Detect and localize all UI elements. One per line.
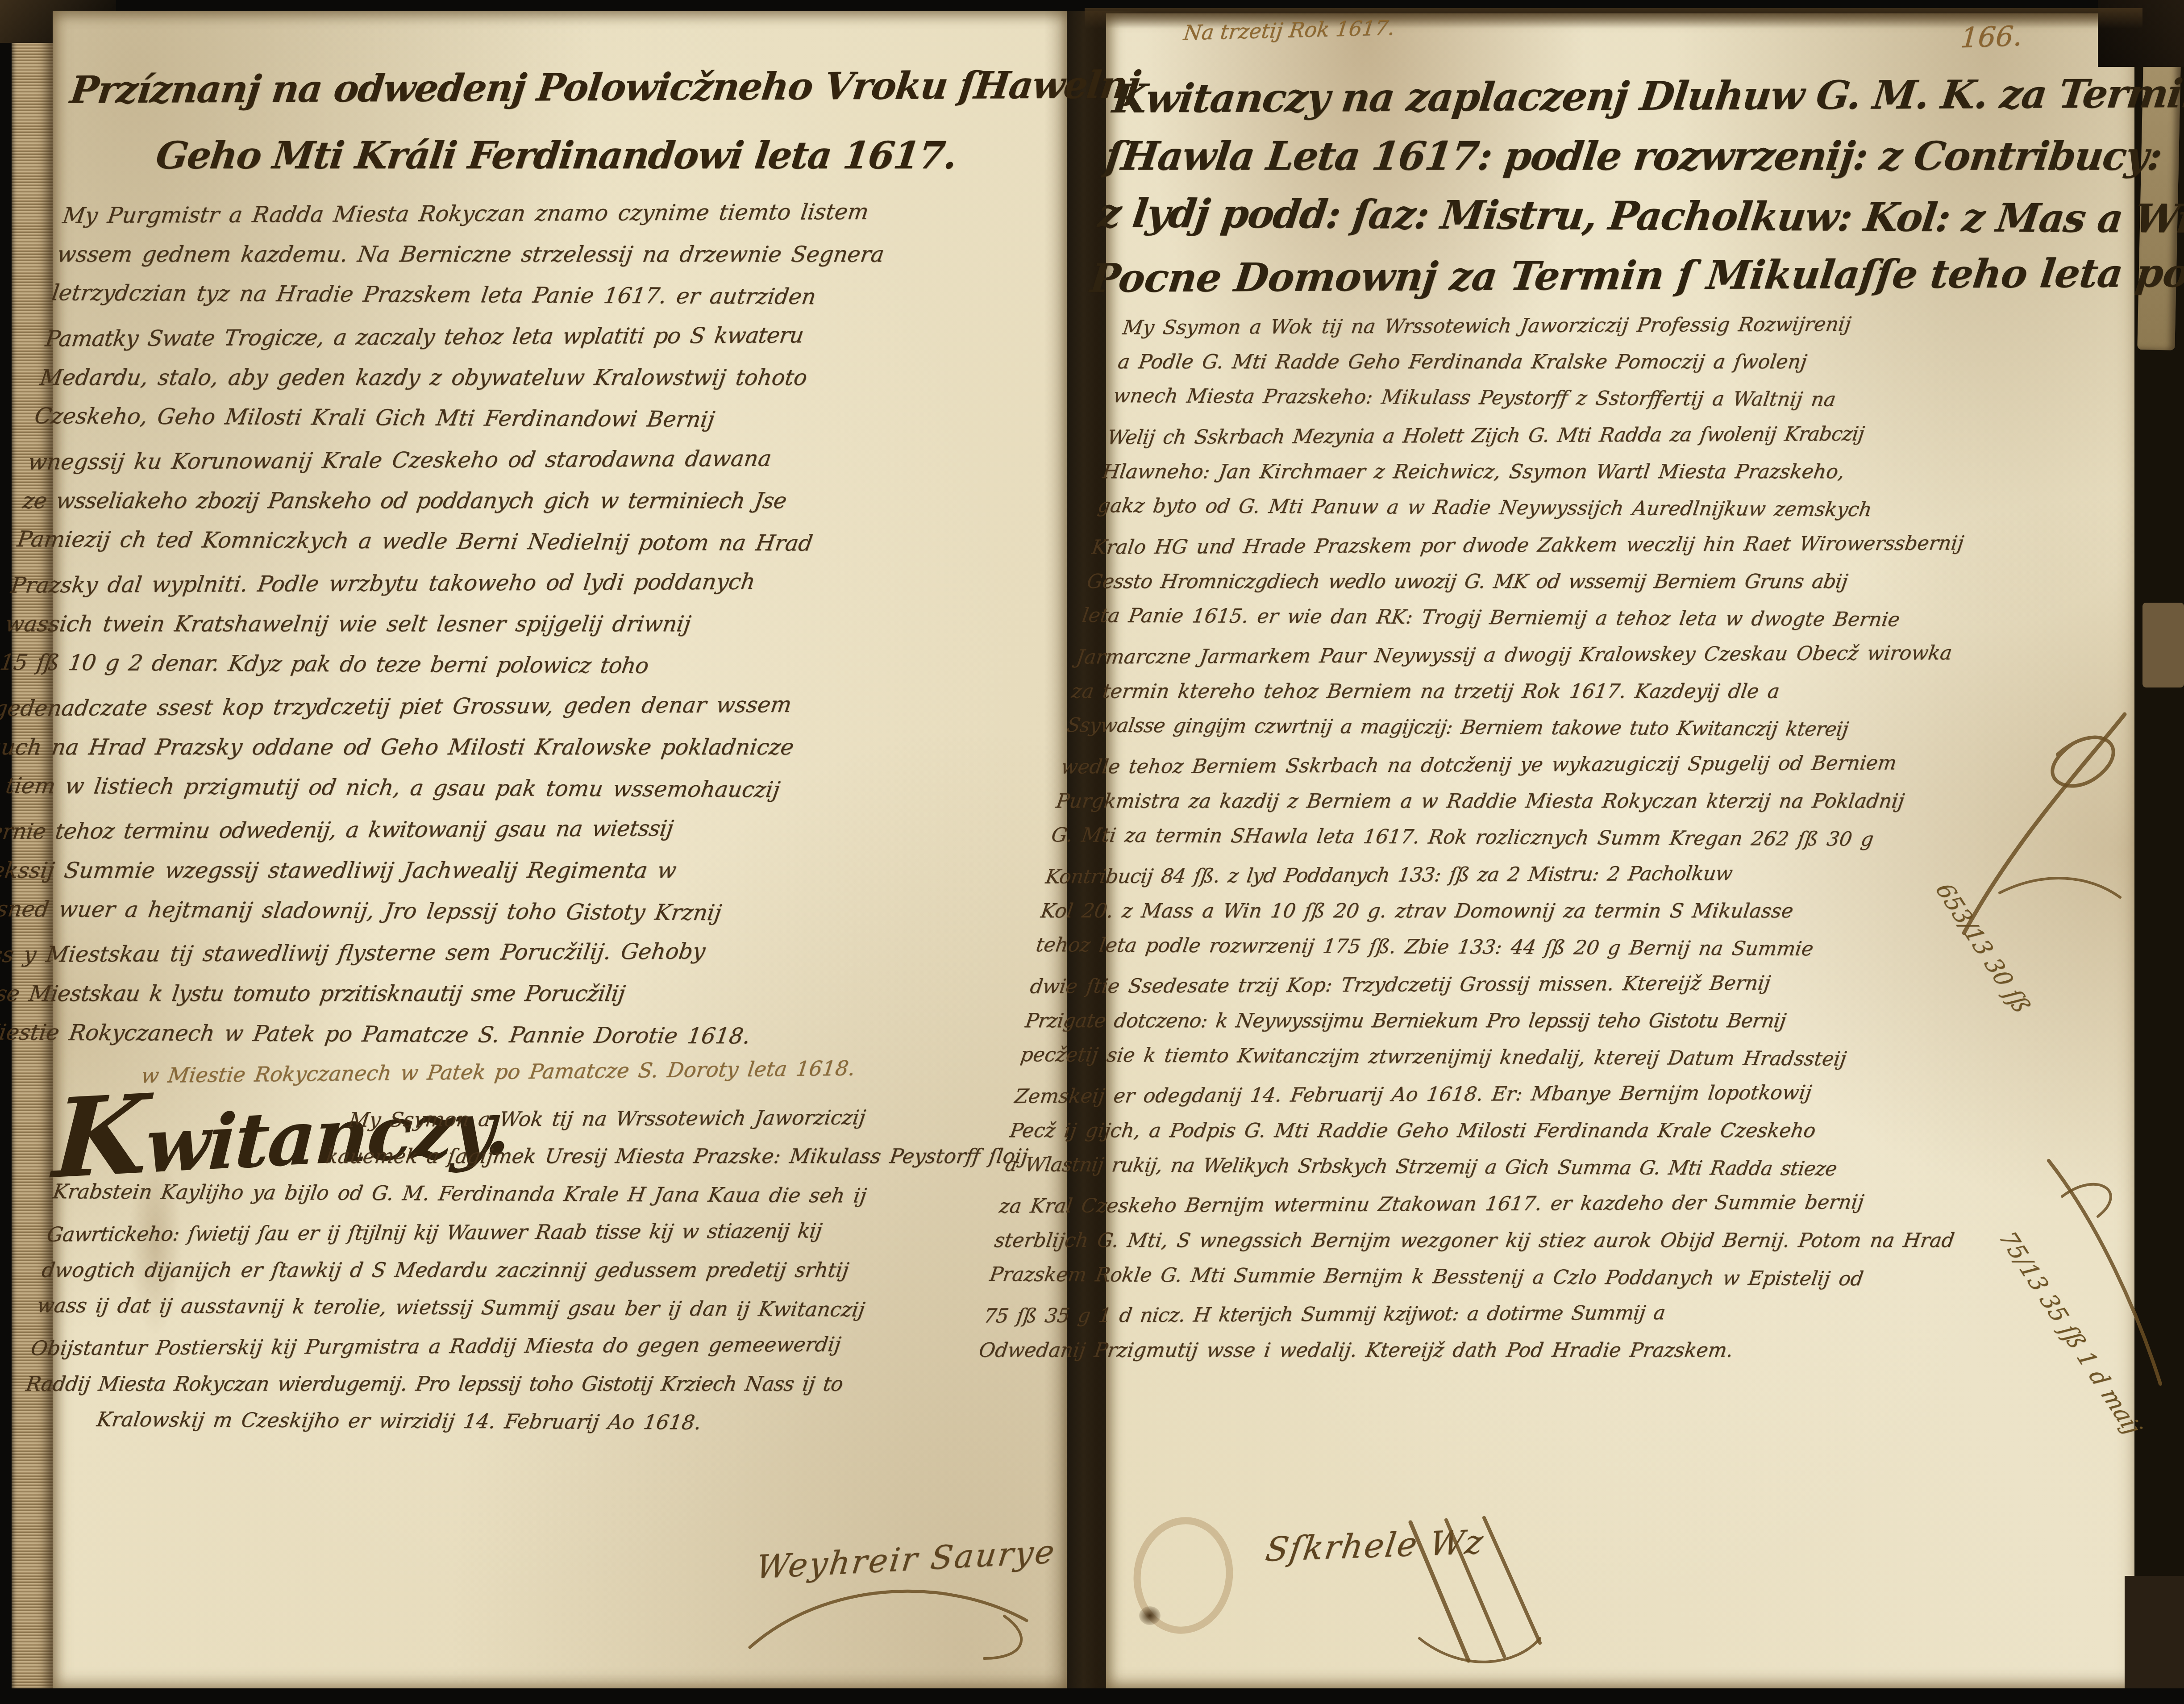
manuscript-line: G. Mti za termin SHawla leta 1617. Rok r… [1049,817,2076,859]
manuscript-line: Kralo HG und Hrade Prazskem por dwode Za… [1090,524,2117,566]
manuscript-line: Kontribucij 84 ſß. z lyd Poddanych 133: … [1043,854,2071,895]
manuscript-line: lessned wuer a hejtmanij sladownij, Jro … [0,888,972,935]
manuscript-line: Ssywalsse gingijm czwrtnij a magijczij: … [1064,707,2091,749]
manuscript-line: a tiem w listiech przigmutij od nich, a … [0,765,989,812]
heading-line: ſHawla Leta 1617: podle rozwrzenij: z Co… [1102,126,2154,186]
manuscript-line: ze wsseliakeho zbozij Panskeho od poddan… [20,480,1030,521]
paraph-flourish-icon [1946,683,2138,960]
manuscript-line: za Kral Czeskeho Bernijm wterminu Ztakow… [997,1183,2025,1225]
manuscript-line: Krabstein Kaylijho ya bijlo od G. M. Fer… [50,1172,1060,1216]
manuscript-line: Purgkmistra za kazdij z Berniem a w Radd… [1054,783,2081,820]
left-page-kwitance-section: My Ssymon a Wok tij na Wrssotewich Jawor… [18,1099,1070,1441]
manuscript-line: Przigate dotczeno: k Neywyssijmu Berniek… [1023,1003,2051,1039]
heading-line: Geho Mti Králi Ferdinandowi leta 1617. [152,121,1062,189]
manuscript-scan: Przíznanj na odwedenj Polowicžneho Vroku… [0,0,2184,1704]
manuscript-line: leta Panie 1615. er wie dan RK: Trogij B… [1080,597,2106,639]
manuscript-line: za termin ktereho tehoz Berniem na trzet… [1069,673,2097,710]
manuscript-line: tehoz leta podle rozwrzenij 175 ſß. Zbie… [1033,927,2060,969]
manuscript-line: wassich twein Kratshawelnij wie selt les… [3,604,1013,645]
manuscript-line: kauemek a ſagijmek Uresij Miesta Prazske… [323,1137,1065,1175]
manuscript-line: Prazsky dal wyplniti. Podle wrzbytu tako… [8,560,1019,606]
heading-line: Kwitanczy na zaplaczenj Dluhuw G. M. K. … [1109,63,2161,128]
manuscript-line: wedle tehoz Berniem Sskrbach na dotcženi… [1059,744,2087,785]
scan-border-bottom [0,1688,2184,1704]
manuscript-line: Welij ch Sskrbach Mezynia a Holett Zijch… [1105,414,2133,456]
manuscript-line: Pamatky Swate Trogicze, a zaczaly tehoz … [43,314,1053,360]
folio-number: 166. [1959,19,2023,54]
torn-page-scrap [2125,1576,2184,1704]
manuscript-line: diekssij Summie wzegssij stawedliwij Jac… [0,850,978,891]
manuscript-line: a Wlastnij rukij, na Welikych Srbskych S… [1003,1146,2029,1188]
manuscript-line: Pecž ij gijch, a Podpis G. Mti Raddie Ge… [1007,1112,2035,1149]
manuscript-line: wass ij dat ij ausstavnij k terolie, wie… [34,1286,1044,1329]
manuscript-line: Prazskem Rokle G. Mti Summie Bernijm k B… [987,1256,2013,1298]
right-page-heading: Kwitanczy na zaplaczenj Dluhuw G. M. K. … [1087,66,2161,305]
manuscript-line: My Purgmistr a Radda Miesta Rokyczan zna… [60,191,1071,237]
manuscript-line: Odwedanij Przigmutij wsse i wedalij. Kte… [977,1332,2004,1369]
manuscript-line: Kralowskij m Czeskijho er wirzidij 14. F… [94,1400,1028,1443]
left-page-body: My Purgmistr a Radda Miesta Rokyczan zna… [0,193,1070,1055]
manuscript-line: Jarmarczne Jarmarkem Paur Neywyssij a dw… [1074,634,2102,675]
manuscript-line: dwie ſtie Ssedesate trzij Kop: Trzydczet… [1028,963,2055,1005]
signature-swash-icon [736,1554,1058,1670]
manuscript-line: gakz byto od G. Mti Panuw a w Radie Neyw… [1095,487,2122,529]
manuscript-line: wssem gednem kazdemu. Na Berniczne strze… [54,234,1065,275]
manuscript-line: dwogtich dijanijch er ſtawkij d S Medard… [39,1251,1049,1289]
manuscript-line: auch na Hrad Prazsky oddane od Geho Milo… [0,727,995,768]
manuscript-line: Zemskeij er odegdanij 14. Februarij Ao 1… [1012,1073,2040,1115]
manuscript-line: sterblijch G. Mti, S wnegssich Bernijm w… [992,1222,2019,1259]
manuscript-line: pecžetij sie k tiemto Kwitanczijm ztwrze… [1018,1037,2045,1079]
manuscript-line: Raddij Miesta Rokyczan wierdugemij. Pro … [23,1365,1033,1403]
manuscript-line: bernie tehoz terminu odwedenij, a kwitow… [0,807,984,853]
manuscript-line: Gawrtickeho: ſwietij ſau er ij ſtijlnij … [45,1211,1055,1254]
manuscript-line: wnech Miesta Prazskeho: Mikulass Peystor… [1111,378,2137,420]
manuscript-line: Czeskeho, Geho Milosti Krali Gich Mti Fe… [32,396,1041,442]
manuscript-line: a Podle G. Mti Radde Geho Ferdinanda Kra… [1115,344,2143,380]
signature-paraph-icon [1393,1504,1562,1683]
manuscript-line: Hlawneho: Jan Kirchmaer z Reichwicz, Ssy… [1100,454,2127,490]
manuscript-line: 15 ſß 10 g 2 denar. Kdyz pak do teze ber… [0,642,1007,688]
paraph-flourish-icon [2035,1143,2169,1393]
heading-line: Pocne Domownj za Termin ſ Mikulaſſe teho… [1087,243,2139,308]
ink-blot [1139,1606,1161,1625]
manuscript-line: letrzydczian tyz na Hradie Prazskem leta… [49,272,1059,319]
manuscript-line: Obijstantur Postierskij kij Purgmistra a… [29,1325,1039,1367]
manuscript-line: Kol 20. z Mass a Win 10 ſß 20 g. ztrav D… [1038,893,2066,929]
heading-line: z lydj podd: ſaz: Mistru, Pacholkuw: Kol… [1095,183,2147,248]
manuscript-line: w Miestie Rokyczanech w Patek po Pamatcz… [0,1012,955,1058]
manuscript-line: Nasse Miestskau k lystu tomuto przitiskn… [0,973,961,1014]
manuscript-line: My Ssymon a Wok tij na Wrssotewich Jawor… [1120,304,2148,346]
manuscript-line: Gessto Hromniczgdiech wedlo uwozij G. MK… [1085,563,2112,600]
manuscript-line: Nass y Miestskau tij stawedliwij flyster… [0,930,967,976]
heading-line: Przíznanj na odwedenj Polowicžneho Vroku… [67,51,1070,124]
manuscript-line: wnegssij ku Korunowanij Krale Czeskeho o… [25,437,1036,483]
left-page-heading: Przíznanj na odwedenj Polowicžneho Vroku… [58,54,1070,189]
manuscript-line: My Ssymon a Wok tij na Wrssotewich Jawor… [346,1097,1071,1139]
manuscript-line: 75 ſß 35 g 1 d nicz. H kterijch Summij k… [982,1293,2009,1334]
manuscript-line: Pamiezij ch ted Komniczkych a wedle Bern… [14,519,1024,565]
manuscript-line: gedenadczate ssest kop trzydczetij piet … [0,683,1001,729]
torn-page-scrap [2142,603,2184,687]
manuscript-line: Medardu, stalo, aby geden kazdy z obywat… [37,357,1047,398]
